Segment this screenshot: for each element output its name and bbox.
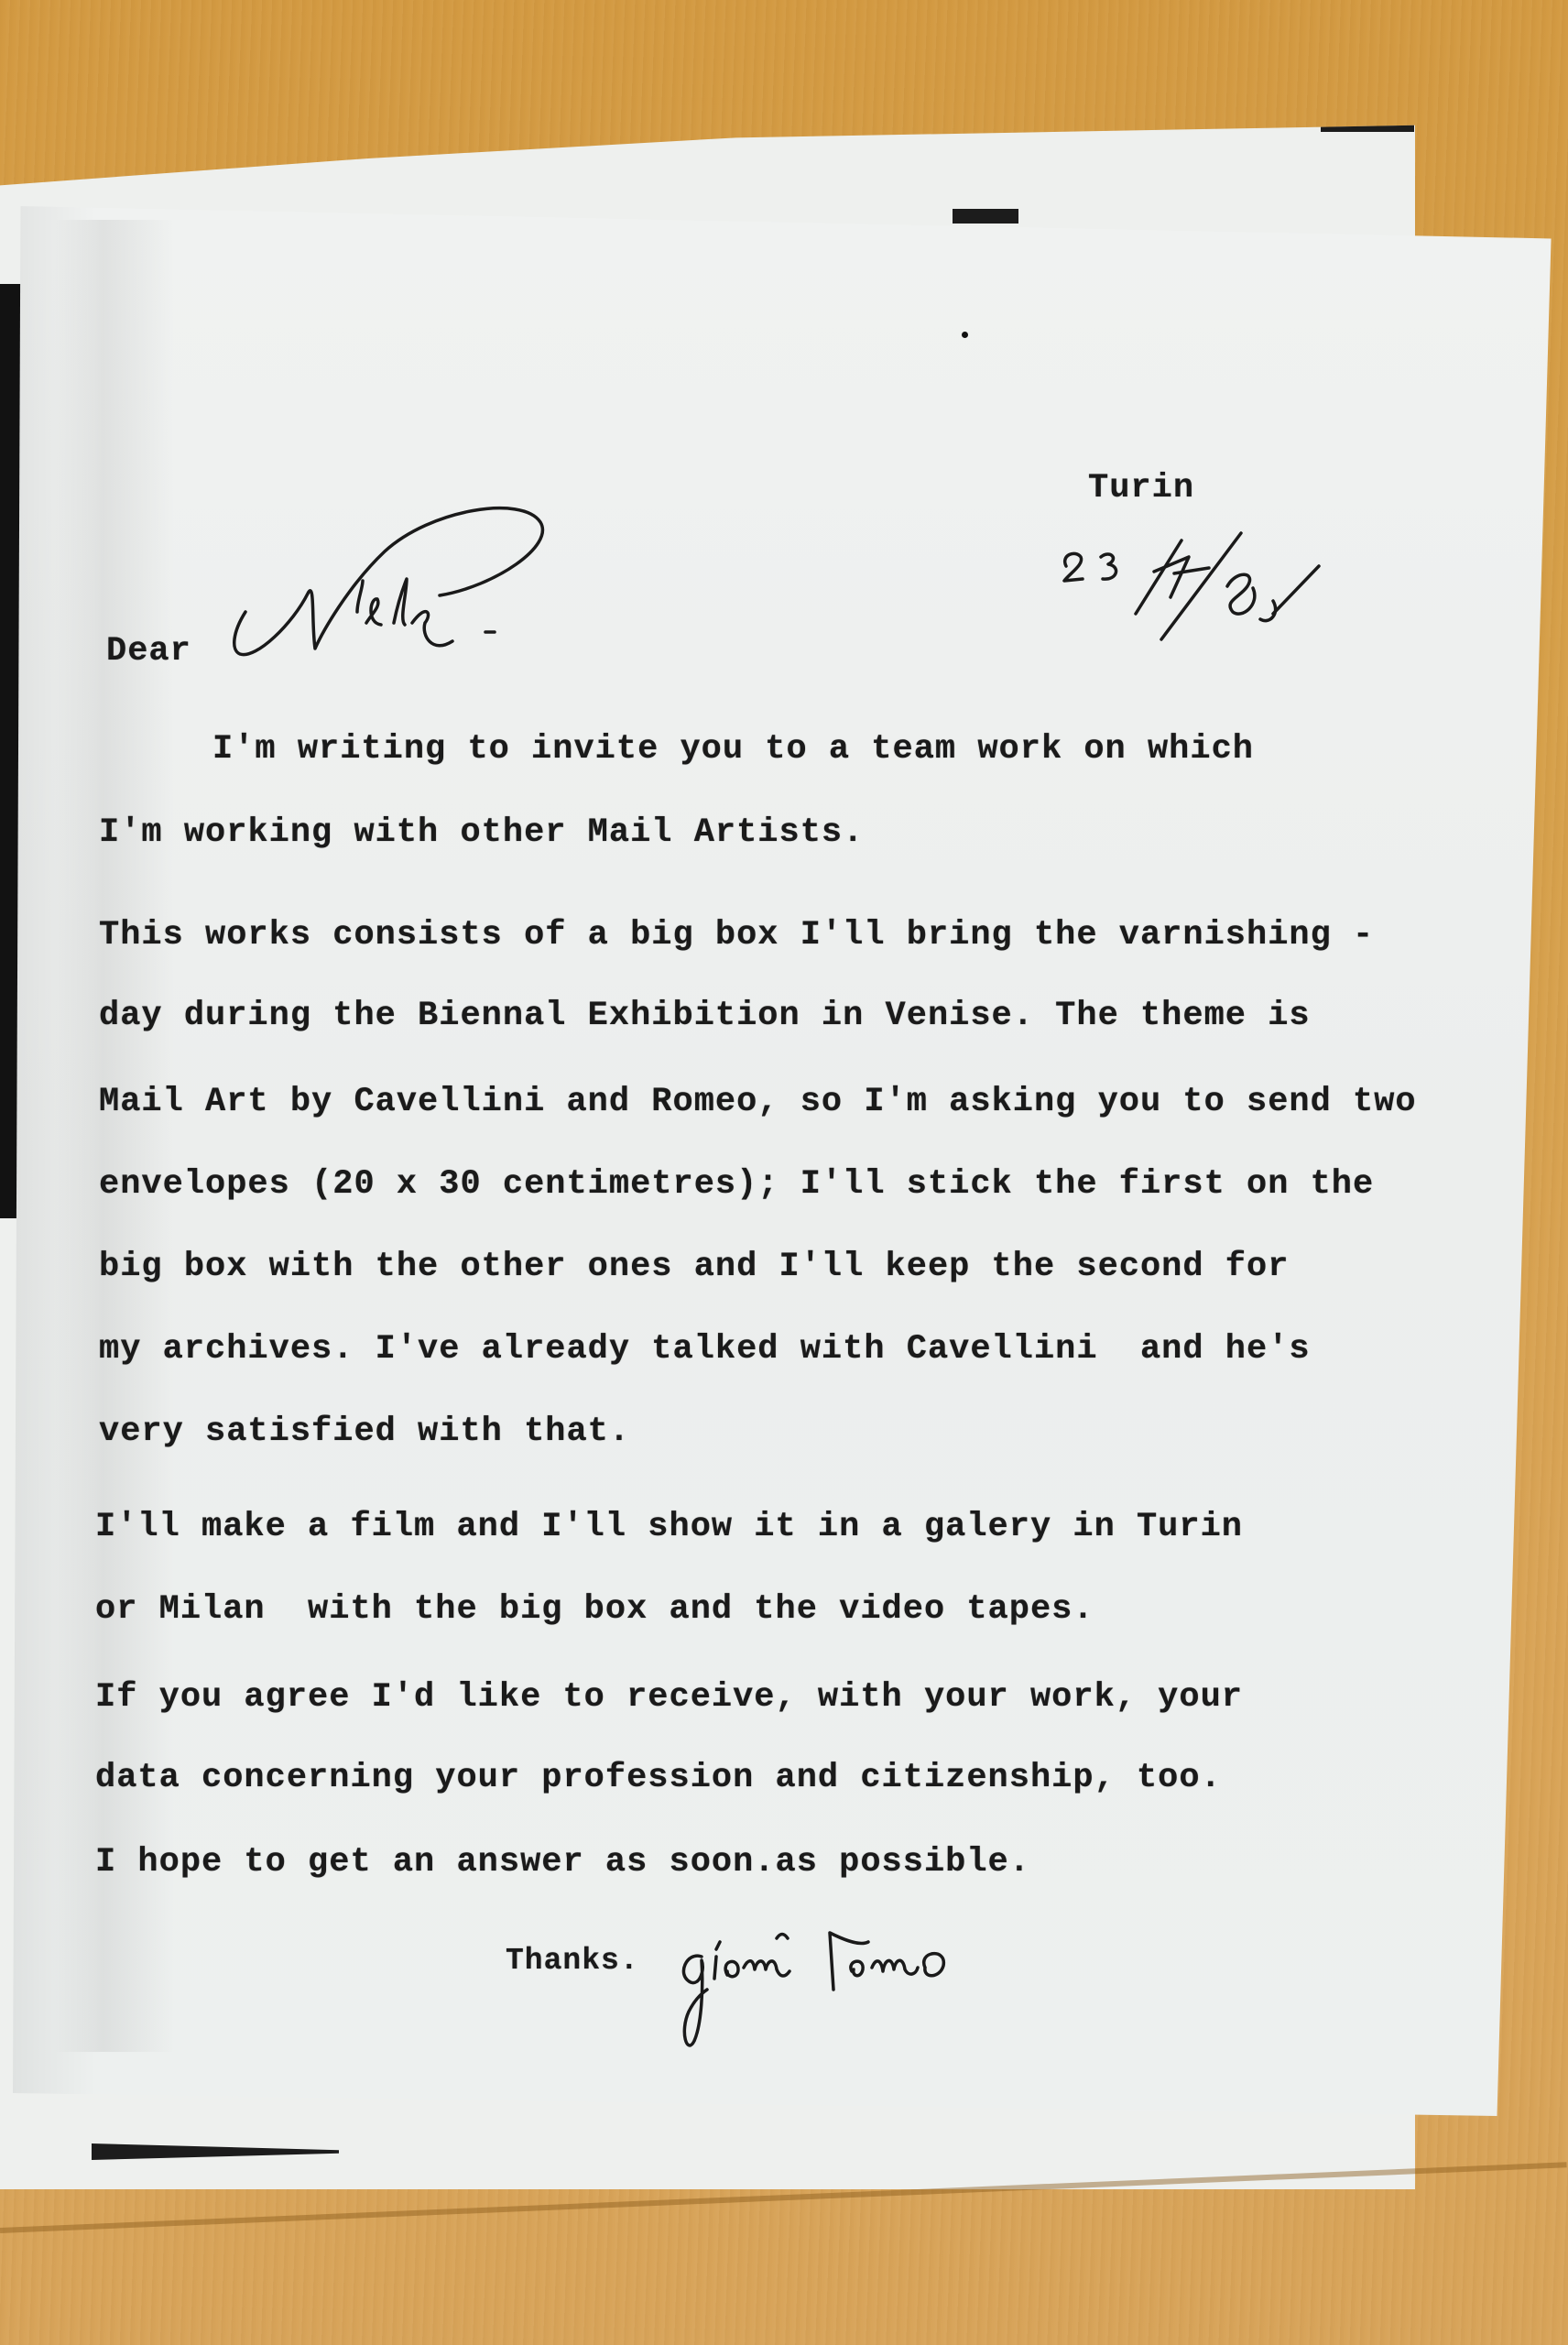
ink-mark [92,2143,339,2160]
body-line: Mail Art by Cavellini and Romeo, so I'm … [99,1083,1417,1121]
body-line: If you agree I'd like to receive, with y… [95,1678,1243,1717]
closing: Thanks. [506,1944,639,1978]
ink-mark [953,209,1018,224]
ink-speck [962,332,968,338]
handwritten-recipient-name [220,485,568,669]
body-line: big box with the other ones and I'll kee… [99,1248,1289,1286]
handwritten-date [1053,513,1346,660]
body-line: I'm writing to invite you to a team work… [212,730,1254,769]
body-line: my archives. I've already talked with Ca… [99,1330,1311,1369]
body-line: envelopes (20 x 30 centimetres); I'll st… [99,1165,1374,1204]
body-line: data concerning your profession and citi… [95,1759,1222,1797]
body-line: I'll make a film and I'll show it in a g… [95,1508,1243,1546]
letter-place: Turin [1088,469,1194,507]
body-line: day during the Biennal Exhibition in Ven… [99,997,1311,1035]
body-line: I hope to get an answer as soon.as possi… [95,1843,1030,1881]
body-line: This works consists of a big box I'll br… [99,916,1374,954]
salutation: Dear [106,632,191,671]
ink-mark [1321,119,1414,132]
body-line: I'm working with other Mail Artists. [99,813,864,852]
handwritten-signature [669,1924,1053,2061]
body-line: very satisfied with that. [99,1412,630,1451]
body-line: or Milan with the big box and the video … [95,1590,1094,1629]
